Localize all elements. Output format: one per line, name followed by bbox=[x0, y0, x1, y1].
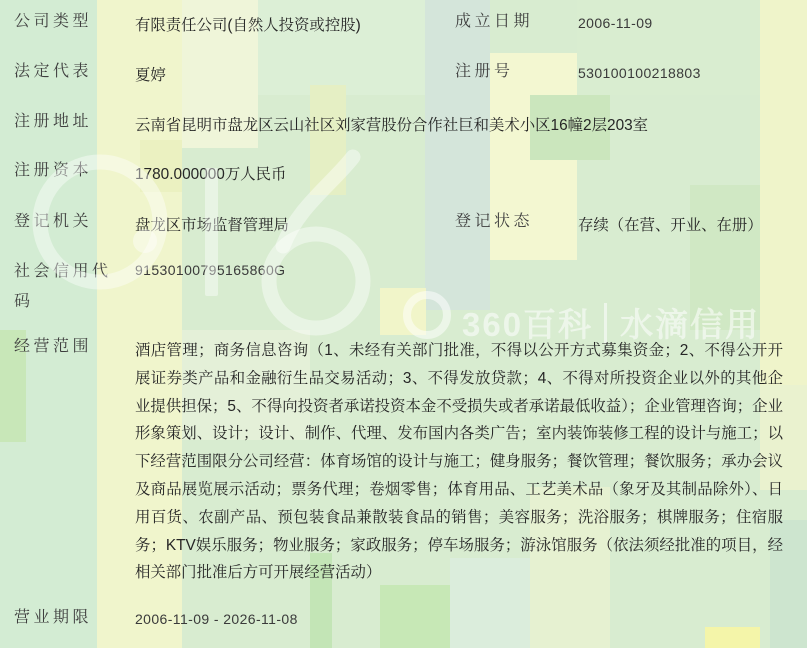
value-establish-date: 2006-11-09 bbox=[578, 15, 653, 31]
label-registration-number: 注册号 bbox=[455, 62, 555, 82]
label-registration-authority: 登记机关 bbox=[14, 212, 114, 232]
label-company-type: 公司类型 bbox=[14, 12, 114, 32]
bg-block bbox=[705, 627, 760, 648]
value-registration-authority: 盘龙区市场监督管理局 bbox=[135, 213, 289, 235]
value-registered-address: 云南省昆明市盘龙区云山社区刘家营股份合作社巨和美术小区16幢2层203室 bbox=[135, 113, 648, 135]
value-registration-status: 存续（在营、开业、在册） bbox=[578, 213, 763, 235]
label-social-credit-code: 社会信用代码 bbox=[14, 257, 114, 317]
value-legal-representative: 夏婷 bbox=[135, 63, 166, 85]
label-business-term: 营业期限 bbox=[14, 608, 114, 628]
bg-block bbox=[425, 0, 490, 310]
bg-block bbox=[690, 185, 760, 330]
bg-block bbox=[760, 0, 807, 385]
value-business-scope: 酒店管理；商务信息咨询（1、未经有关部门批准，不得以公开方式募集资金；2、不得公… bbox=[135, 337, 783, 587]
bg-block bbox=[310, 85, 346, 195]
label-establish-date: 成立日期 bbox=[455, 12, 555, 32]
bg-block bbox=[380, 288, 426, 335]
value-company-type: 有限责任公司(自然人投资或控股) bbox=[135, 13, 361, 35]
watermark-drop-circle-icon bbox=[269, 234, 363, 328]
label-registration-status: 登记状态 bbox=[455, 212, 555, 232]
label-registered-capital: 注册资本 bbox=[14, 161, 114, 181]
value-social-credit-code: 91530100795165860G bbox=[135, 262, 285, 278]
value-registration-number: 530100100218803 bbox=[578, 65, 701, 81]
value-registered-capital: 1780.000000万人民币 bbox=[135, 162, 286, 184]
bg-block bbox=[380, 585, 450, 648]
company-registration-info-card: 公司类型 有限责任公司(自然人投资或控股) 成立日期 2006-11-09 法定… bbox=[0, 0, 807, 648]
label-registered-address: 注册地址 bbox=[14, 112, 114, 132]
bg-block bbox=[0, 0, 97, 648]
label-legal-representative: 法定代表 bbox=[14, 62, 114, 82]
label-business-scope: 经营范围 bbox=[14, 337, 114, 357]
value-business-term: 2006-11-09 - 2026-11-08 bbox=[135, 611, 298, 627]
